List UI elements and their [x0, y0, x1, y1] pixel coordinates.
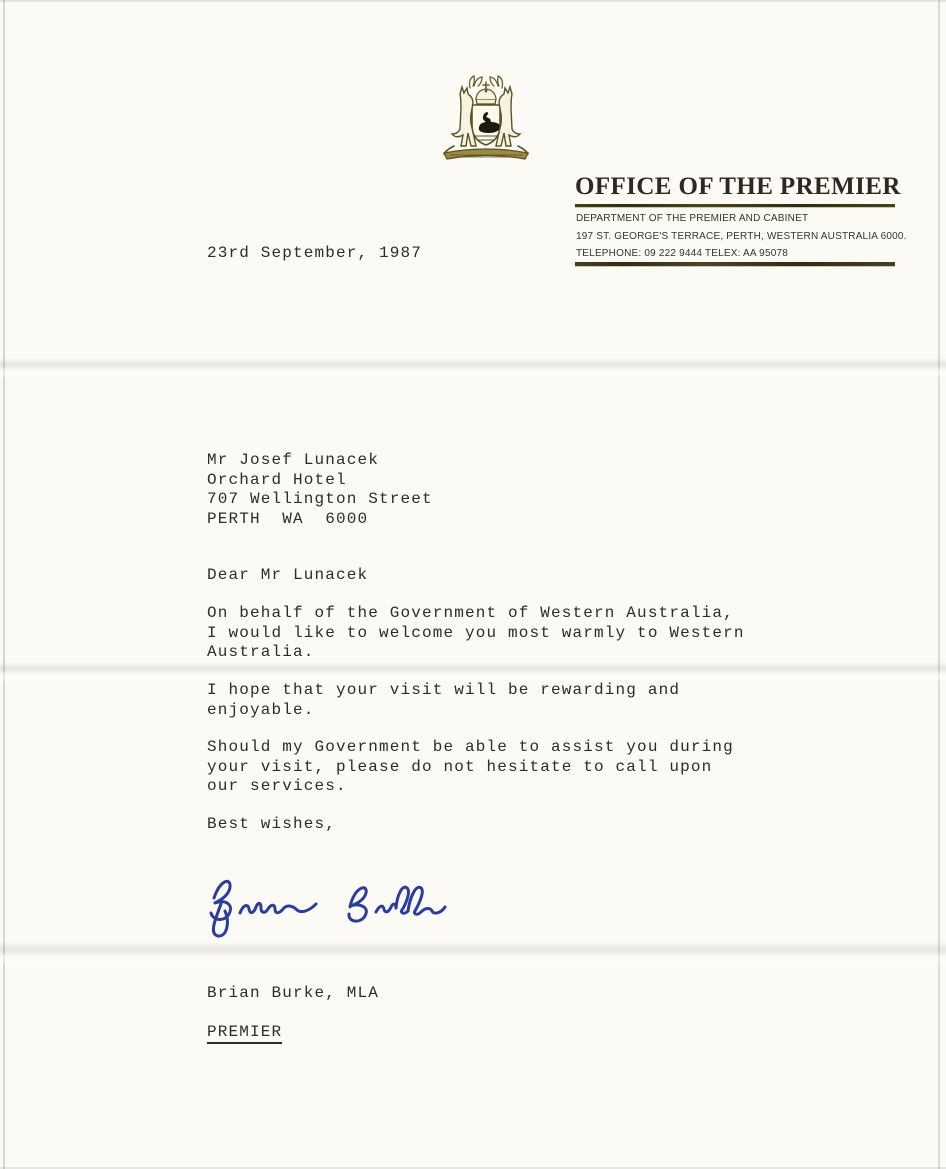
- recipient-address: Mr Josef Lunacek Orchard Hotel 707 Welli…: [207, 451, 433, 529]
- letterhead-office-title: OFFICE OF THE PREMIER: [575, 173, 905, 201]
- scanned-letter: OFFICE OF THE PREMIER DEPARTMENT OF THE …: [0, 0, 946, 1169]
- letterhead-contact-line: TELEPHONE: 09 222 9444 TELEX: AA 95078: [576, 248, 906, 259]
- letter-date: 23rd September, 1987: [207, 244, 422, 264]
- letterhead-street-line: 197 ST. GEORGE'S TERRACE, PERTH, WESTERN…: [576, 231, 906, 242]
- scan-edge-right: [938, 0, 940, 1169]
- body-paragraph: Should my Government be able to assist y…: [207, 738, 734, 797]
- handwritten-signature: [198, 866, 498, 944]
- signer-title: PREMIER: [207, 1023, 282, 1045]
- scan-edge-left: [3, 0, 5, 1169]
- salutation: Dear Mr Lunacek: [207, 566, 368, 586]
- paper-fold-crease: [0, 942, 946, 968]
- signer-name: Brian Burke, MLA: [207, 984, 379, 1002]
- closing-line: Best wishes,: [207, 815, 336, 835]
- scan-edge-top: [0, 0, 946, 2]
- wa-coat-of-arms-icon: [430, 66, 542, 166]
- paper-fold-crease: [0, 358, 946, 380]
- letterhead-rule-top: [575, 204, 895, 207]
- signature-block: Brian Burke, MLA PREMIER: [207, 964, 379, 1044]
- body-paragraph: I hope that your visit will be rewarding…: [207, 681, 680, 720]
- letterhead-rule-bottom: [575, 262, 895, 266]
- letterhead-department-line: DEPARTMENT OF THE PREMIER AND CABINET: [576, 213, 906, 224]
- body-paragraph: On behalf of the Government of Western A…: [207, 604, 745, 663]
